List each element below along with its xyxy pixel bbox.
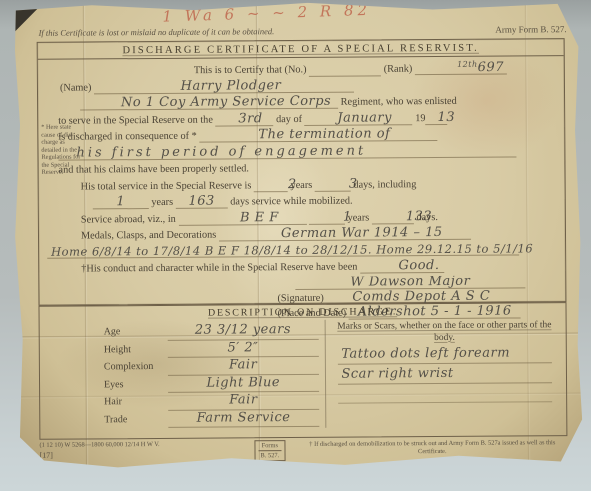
name-label: (Name)	[60, 82, 92, 93]
trade-value: Farm Service	[168, 409, 319, 428]
rank-label: (Rank)	[384, 64, 413, 75]
mobilized-suffix: days service while mobilized.	[230, 196, 352, 208]
field-row-eyes: Eyes Light Blue	[104, 374, 319, 393]
total-prefix: His total service in the Special Reserve…	[81, 180, 252, 192]
signature-label: (Signature)	[277, 293, 323, 304]
marks-column: Marks or Scars, whether on the face or o…	[325, 318, 566, 428]
days-label: days.	[416, 212, 438, 223]
officer-signature-value: W Dawson Major	[295, 275, 525, 290]
certify-prefix: This is to Certify that (No.)	[194, 64, 307, 76]
year-prefix: 19	[415, 113, 425, 124]
form-number: Army Form B. 527.	[495, 24, 566, 34]
field-row-hair: Hair Fair	[104, 392, 319, 411]
abroad-label: Service abroad, viz., in	[81, 214, 176, 226]
service-dates-value: Home 6/8/14 to 17/8/14 B E F 18/8/14 to …	[47, 242, 519, 258]
total-days: 3	[315, 179, 351, 192]
discharge-reason-2: his first period of engagement	[58, 144, 516, 160]
enlist-day: 3rd	[215, 113, 273, 126]
complexion-value: Fair	[168, 357, 319, 376]
stamp-line-1: Forms	[258, 441, 281, 451]
description-box: DESCRIPTION ON DISCHARGE. Age 23 3/12 ye…	[38, 302, 567, 440]
eyes-label: Eyes	[104, 376, 168, 393]
abroad-years: 1	[309, 212, 345, 225]
marks-label: Marks or Scars, whether on the face or o…	[337, 320, 552, 344]
marks-blank-line	[338, 383, 553, 403]
age-value: 23 3/12 years	[168, 322, 319, 341]
marks-value-2: Scar right wrist	[337, 363, 552, 384]
name-value: Harry Plodger	[94, 80, 354, 95]
description-title: DESCRIPTION ON DISCHARGE.	[39, 303, 565, 320]
day-of-label: day of	[276, 114, 302, 125]
marks-value-1: Tattoo dots left forearm	[337, 343, 552, 364]
years-label: years	[348, 212, 370, 223]
service-number-field: 12th697	[309, 59, 381, 77]
years-label: years	[290, 180, 312, 191]
total-years: 2	[254, 179, 288, 192]
caution-text: If this Certificate is lost or mislaid n…	[39, 26, 275, 38]
mobilized-years: 1	[93, 196, 149, 209]
mobilized-days: 163	[176, 196, 228, 209]
days-including-label: days, including	[353, 179, 416, 190]
age-label: Age	[104, 324, 168, 341]
height-label: Height	[104, 341, 168, 358]
footnote: † If discharged on demobilization to be …	[297, 438, 567, 457]
abroad-place: B E F	[178, 212, 306, 226]
rank-value: Wagoner	[415, 62, 507, 76]
forms-stamp: Forms B. 527.	[254, 440, 285, 461]
enlist-year: 13	[425, 112, 447, 125]
conduct-value: Good.	[360, 260, 444, 274]
years-label: years	[151, 197, 173, 208]
conduct-label: †His conduct and character while in the …	[81, 262, 357, 275]
abroad-days: 133	[372, 211, 414, 224]
height-value: 5′ 2″	[168, 339, 319, 358]
page-tag: [17]	[40, 450, 255, 460]
enlist-month: January	[305, 112, 413, 126]
red-pencil-annotation: 1 Wa 6 ~ ~ 2 R 82	[162, 1, 371, 26]
trade-label: Trade	[104, 411, 168, 428]
regiment-suffix: Regiment, who was enlisted	[341, 96, 457, 108]
medals-label: Medals, Clasps, and Decorations	[81, 230, 216, 242]
print-codes: (1 12 10) W 5268—1800 60,000 12/14 H W V…	[39, 440, 254, 450]
discharge-reason-1: The termination of	[199, 128, 437, 143]
field-row-height: Height 5′ 2″	[104, 339, 319, 358]
description-fields: Age 23 3/12 years Height 5′ 2″ Complexio…	[40, 320, 326, 430]
hair-value: Fair	[168, 392, 319, 411]
certify-line: This is to Certify that (No.) 12th697 (R…	[46, 58, 554, 80]
stamp-line-2: B. 527.	[259, 451, 282, 460]
margin-note: * Here state cause of dis­charge as deta…	[41, 123, 85, 176]
certificate-box: DISCHARGE CERTIFICATE OF A SPECIAL RESER…	[37, 38, 567, 306]
field-row-trade: Trade Farm Service	[104, 409, 319, 428]
eyes-value: Light Blue	[168, 374, 319, 393]
field-row-complexion: Complexion Fair	[104, 357, 319, 376]
field-row-age: Age 23 3/12 years	[104, 322, 319, 341]
hair-label: Hair	[104, 394, 168, 411]
medals-value: German War 1914 – 15	[219, 227, 471, 242]
footer: (1 12 10) W 5268—1800 60,000 12/14 H W V…	[39, 438, 567, 463]
discharge-certificate-document: 1 Wa 6 ~ ~ 2 R 82 If this Certificate is…	[12, 0, 583, 470]
unit-value: No 1 Coy Army Service Corps	[80, 96, 338, 111]
complexion-label: Complexion	[104, 359, 168, 376]
